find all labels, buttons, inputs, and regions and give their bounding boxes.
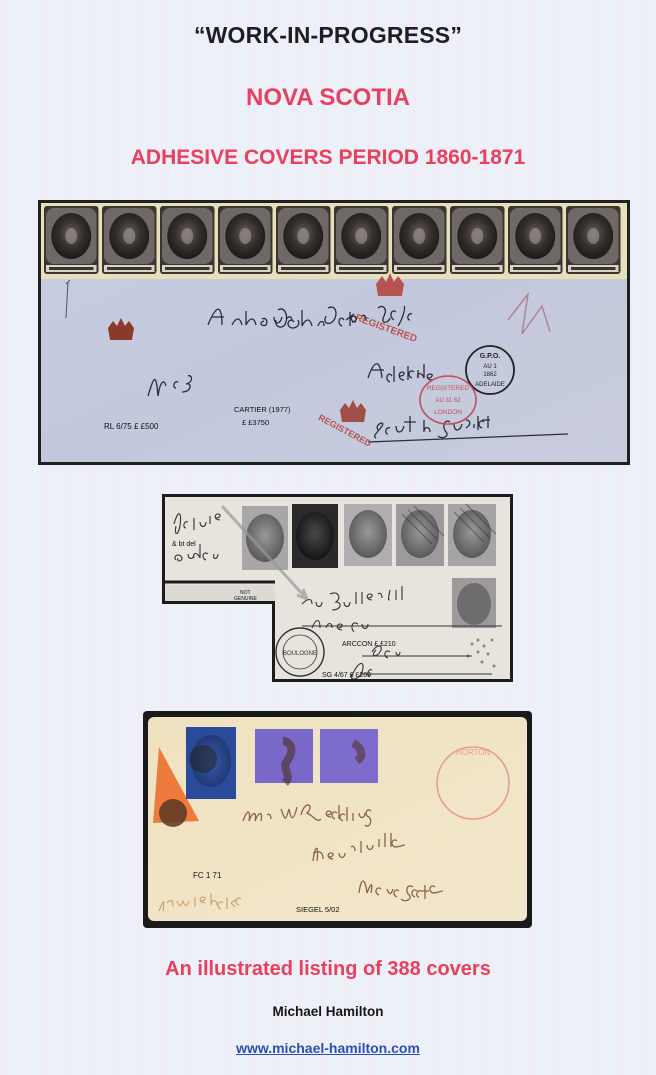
postmark-horton: HORTON [456,748,491,757]
annotation-sg: SG 4/67 £ £200 [322,672,371,679]
work-in-progress-heading: “WORK-IN-PROGRESS” [0,22,656,49]
stamp [44,206,99,274]
author-name: Michael Hamilton [0,1004,656,1019]
svg-text:G.P.O.: G.P.O. [480,353,501,360]
stamp [566,206,621,274]
stamp [334,206,389,274]
annotation-cartier-1: CARTIER (1977) [234,405,291,414]
stamp [102,206,157,274]
stamp [392,206,447,274]
website-link[interactable]: www.michael-hamilton.com [0,1040,656,1056]
manuscript-bt-del: & bt del [172,541,196,548]
svg-text:AU 1: AU 1 [483,364,497,370]
svg-text:AU 31 62: AU 31 62 [435,398,461,404]
subtitle-heading: ADHESIVE COVERS PERIOD 1860-1871 [0,146,656,170]
svg-text:REGISTERED: REGISTERED [427,385,470,392]
annotation-fc: FC 1 71 [193,871,222,880]
cover-image-3: HORTON FC 1 71 SIEGEL 5/02 [143,711,532,928]
cover-image-1: REGISTERED G.P.O. AU 1 1862 ADELAIDE [38,200,630,465]
postmark-text: BOULOGNE [283,651,317,657]
annotation-siegel: SIEGEL 5/02 [296,905,340,914]
stamp [218,206,273,274]
svg-text:1862: 1862 [483,372,497,378]
cover-image-2: & bt del NOT GENUINE BOULOGNE ARCCON £ £… [162,494,513,682]
annotation-accent: ARCCON £ £210 [342,641,396,648]
annotation-cartier-2: £ £3750 [242,418,269,427]
annotation-rl: RL 6/75 £ £500 [104,422,159,431]
title-heading: NOVA SCOTIA [0,84,656,112]
stamp [160,206,215,274]
stamp [276,206,331,274]
stamp [508,206,563,274]
svg-text:LONDON: LONDON [434,409,462,416]
svg-text:ADELAIDE: ADELAIDE [475,382,505,388]
listing-description: An illustrated listing of 388 covers [0,958,656,981]
stamp [450,206,505,274]
note-genuine: GENUINE [234,596,257,602]
